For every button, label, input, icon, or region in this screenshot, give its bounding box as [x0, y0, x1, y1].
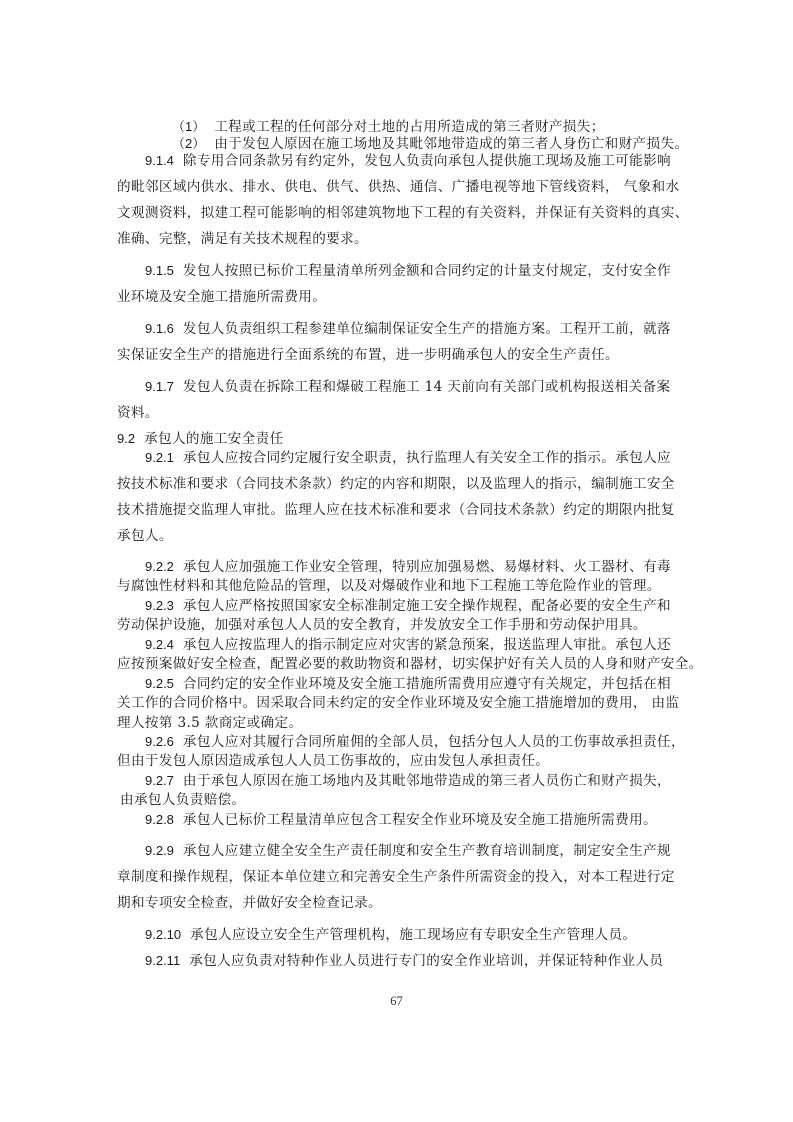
clause-line: 9.2.8承包人已标价工程量清单应包含工程安全作业环境及安全施工措施所需费用。 — [117, 811, 707, 829]
clause-text: 承包人应设立安全生产管理机构，施工现场应有专职安全生产管理人员。 — [190, 927, 636, 943]
text-line: 业环境及安全施工措施所需费用。 — [117, 288, 679, 306]
clause-line: 9.2.7由于承包人原因在施工场地内及其毗邻地带造成的第三者人员伤亡和财产损失， — [117, 772, 707, 790]
clause-text: 承包人应对其履行合同所雇佣的全部人员，包括分包人人员的工伤事故承担责任， — [183, 734, 685, 750]
clause-line: 9.2.4承包人应按监理人的指示制定应对灾害的紧急预案，报送监理人审批。承包人还 — [117, 636, 707, 654]
clause-number: 9.2 — [117, 431, 135, 446]
clause-text: 技术措施提交监理人审批。监理人应在技术标准和要求（合同技术条款）约定的期限内批复 — [117, 502, 675, 518]
clause-text: 承包人应按合同约定履行安全职责，执行监理人有关安全工作的指示。承包人应 — [183, 450, 671, 466]
clause-text: 应按预案做好安全检查，配置必要的救助物资和器材，切实保护好有关人员的人身和财产安… — [117, 656, 703, 672]
text-line: 期和专项安全检查，并做好安全检查记录。 — [117, 894, 679, 912]
text-line: 由承包人负责赔偿。 — [117, 791, 682, 809]
clause-number: （2） — [172, 136, 205, 151]
clause-text: 发包人按照已标价工程量清单所列金额和合同约定的计量支付规定，支付安全作 — [183, 263, 671, 279]
text-line: 的毗邻区域内供水、排水、供电、供气、供热、通信、广播电视等地下管线资料， 气象和… — [117, 178, 679, 196]
clause-line: （1）工程或工程的任何部分对土地的占用所造成的第三者财产损失； — [117, 118, 734, 136]
clause-text: 除专用合同条款另有约定外，发包人负责向承包人提供施工现场及施工可能影响 — [183, 153, 671, 169]
text-line: 文观测资料，拟建工程可能影响的相邻建筑物地下工程的有关资料，并保证有关资料的真实… — [117, 204, 679, 222]
text-line: 承包人。 — [117, 527, 679, 545]
clause-number: 9.2.3 — [145, 598, 174, 613]
clause-line: 9.2.5合同约定的安全作业环境及安全施工措施所需费用应遵守有关规定，并包括在相 — [117, 675, 707, 693]
clause-number: 9.1.5 — [145, 263, 174, 278]
clause-number: 9.1.6 — [145, 321, 174, 336]
clause-text: 文观测资料，拟建工程可能影响的相邻建筑物地下工程的有关资料，并保证有关资料的真实… — [117, 205, 689, 221]
clause-number: 9.2.9 — [145, 843, 174, 858]
clause-text: 资料。 — [117, 405, 159, 421]
clause-text: 按技术标准和要求（合同技术条款）约定的内容和期限，以及监理人的指示，编制施工安全 — [117, 476, 675, 492]
clause-line: 9.2承包人的施工安全责任 — [117, 430, 679, 448]
clause-line: 9.2.3承包人应严格按照国家安全标准制定施工安全操作规程，配备必要的安全生产和 — [117, 597, 707, 615]
text-line: 技术措施提交监理人审批。监理人应在技术标准和要求（合同技术条款）约定的期限内批复 — [117, 501, 679, 519]
clause-line: 9.2.2承包人应加强施工作业安全管理，特别应加强易燃、易爆材料、火工器材、有毒 — [117, 558, 707, 576]
clause-text: 的毗邻区域内供水、排水、供电、供气、供热、通信、广播电视等地下管线资料， 气象和… — [117, 179, 679, 195]
text-line: 准确、完整，满足有关技术规程的要求。 — [117, 230, 679, 248]
clause-text: 但由于发包人原因造成承包人人员工伤事故的，应由发包人承担责任。 — [117, 753, 549, 769]
clause-text: 章制度和操作规程，保证本单位建立和完善安全生产条件所需资金的投入，对本工程进行定 — [117, 869, 675, 885]
text-line: 关工作的合同价格中。因采取合同未约定的安全作业环境及安全施工措施增加的费用， 由… — [117, 694, 679, 712]
clause-number: 9.2.7 — [145, 773, 174, 788]
clause-text: 由于发包人原因在施工场地及其毗邻地带造成的第三者人身伤亡和财产损失。 — [214, 136, 688, 152]
text-line: 但由于发包人原因造成承包人人员工伤事故的，应由发包人承担责任。 — [117, 752, 679, 770]
clause-number: 9.2.10 — [145, 927, 181, 942]
clause-text: 合同约定的安全作业环境及安全施工措施所需费用应遵守有关规定，并包括在相 — [183, 676, 671, 692]
clause-line: 9.2.6承包人应对其履行合同所雇佣的全部人员，包括分包人人员的工伤事故承担责任… — [117, 733, 707, 751]
clause-line: 9.2.11承包人应负责对特种作业人员进行专门的安全作业培训，并保证特种作业人员 — [117, 952, 707, 970]
text-line: 按技术标准和要求（合同技术条款）约定的内容和期限，以及监理人的指示，编制施工安全 — [117, 475, 679, 493]
clause-text: 承包人已标价工程量清单应包含工程安全作业环境及安全施工措施所需费用。 — [183, 812, 657, 828]
page-number: 67 — [0, 994, 793, 1009]
clause-text: 由承包人负责赔偿。 — [120, 792, 246, 808]
clause-number: 9.1.4 — [145, 153, 174, 168]
clause-number: 9.2.8 — [145, 812, 174, 827]
clause-text: 理人按第 3.5 款商定或确定。 — [117, 715, 302, 731]
clause-text: 承包人应加强施工作业安全管理，特别应加强易燃、易爆材料、火工器材、有毒 — [183, 559, 671, 575]
clause-number: 9.2.4 — [145, 637, 174, 652]
clause-text: 承包人应严格按照国家安全标准制定施工安全操作规程，配备必要的安全生产和 — [183, 598, 671, 614]
clause-text: 实保证安全生产的措施进行全面系统的布置，进一步明确承包人的安全生产责任。 — [117, 347, 619, 363]
clause-text: 承包人应建立健全安全生产责任制度和安全生产教育培训制度，制定安全生产规 — [183, 843, 671, 859]
clause-text: 承包人应负责对特种作业人员进行专门的安全作业培训，并保证特种作业人员 — [189, 953, 663, 969]
text-line: 劳动保护设施，加强对承包人人员的安全教育，并发放安全工作手册和劳动保护用具。 — [117, 616, 679, 634]
clause-text: 期和专项安全检查，并做好安全检查记录。 — [117, 895, 382, 911]
text-line: 与腐蚀性材料和其他危险品的管理，以及对爆破作业和地下工程施工等危险作业的管理。 — [117, 577, 679, 595]
clause-number: 9.2.5 — [145, 676, 174, 691]
clause-line: 9.1.4除专用合同条款另有约定外，发包人负责向承包人提供施工现场及施工可能影响 — [117, 152, 707, 170]
clause-text: 业环境及安全施工措施所需费用。 — [117, 289, 326, 305]
text-line: 应按预案做好安全检查，配置必要的救助物资和器材，切实保护好有关人员的人身和财产安… — [117, 655, 679, 673]
clause-text: 与腐蚀性材料和其他危险品的管理，以及对爆破作业和地下工程施工等危险作业的管理。 — [117, 578, 661, 594]
clause-line: （2）由于发包人原因在施工场地及其毗邻地带造成的第三者人身伤亡和财产损失。 — [117, 135, 734, 153]
clause-line: 9.2.10承包人应设立安全生产管理机构，施工现场应有专职安全生产管理人员。 — [117, 926, 707, 944]
text-line: 理人按第 3.5 款商定或确定。 — [117, 714, 679, 732]
clause-number: 9.2.2 — [145, 559, 174, 574]
clause-text: 工程或工程的任何部分对土地的占用所造成的第三者财产损失； — [214, 119, 604, 135]
clause-text: 发包人负责组织工程参建单位编制保证安全生产的措施方案。工程开工前，就落 — [183, 321, 671, 337]
clause-text: 由于承包人原因在施工场地内及其毗邻地带造成的第三者人员伤亡和财产损失， — [183, 773, 671, 789]
clause-line: 9.1.6发包人负责组织工程参建单位编制保证安全生产的措施方案。工程开工前，就落 — [117, 320, 707, 338]
clause-text: 劳动保护设施，加强对承包人人员的安全教育，并发放安全工作手册和劳动保护用具。 — [117, 617, 647, 633]
clause-number: 9.2.11 — [145, 953, 180, 968]
clause-number: （1） — [172, 119, 205, 134]
clause-number: 9.1.7 — [145, 379, 174, 394]
clause-text: 承包人。 — [117, 528, 173, 544]
clause-number: 9.2.1 — [145, 450, 174, 465]
clause-line: 9.1.7发包人负责在拆除工程和爆破工程施工 14 天前向有关部门或机构报送相关… — [117, 378, 707, 396]
clause-text: 发包人负责在拆除工程和爆破工程施工 14 天前向有关部门或机构报送相关备案 — [183, 379, 670, 395]
clause-line: 9.2.1承包人应按合同约定履行安全职责，执行监理人有关安全工作的指示。承包人应 — [117, 449, 707, 467]
clause-line: 9.2.9承包人应建立健全安全生产责任制度和安全生产教育培训制度，制定安全生产规 — [117, 842, 707, 860]
text-line: 章制度和操作规程，保证本单位建立和完善安全生产条件所需资金的投入，对本工程进行定 — [117, 868, 679, 886]
clause-line: 9.1.5发包人按照已标价工程量清单所列金额和合同约定的计量支付规定，支付安全作 — [117, 262, 707, 280]
text-line: 资料。 — [117, 404, 679, 422]
document-page: （1）工程或工程的任何部分对土地的占用所造成的第三者财产损失；（2）由于发包人原… — [0, 0, 793, 1122]
clause-text: 准确、完整，满足有关技术规程的要求。 — [117, 231, 368, 247]
clause-text: 关工作的合同价格中。因采取合同未约定的安全作业环境及安全施工措施增加的费用， 由… — [117, 695, 679, 711]
text-line: 实保证安全生产的措施进行全面系统的布置，进一步明确承包人的安全生产责任。 — [117, 346, 679, 364]
clause-number: 9.2.6 — [145, 734, 174, 749]
clause-text: 承包人的施工安全责任 — [144, 431, 283, 447]
clause-text: 承包人应按监理人的指示制定应对灾害的紧急预案，报送监理人审批。承包人还 — [183, 637, 671, 653]
